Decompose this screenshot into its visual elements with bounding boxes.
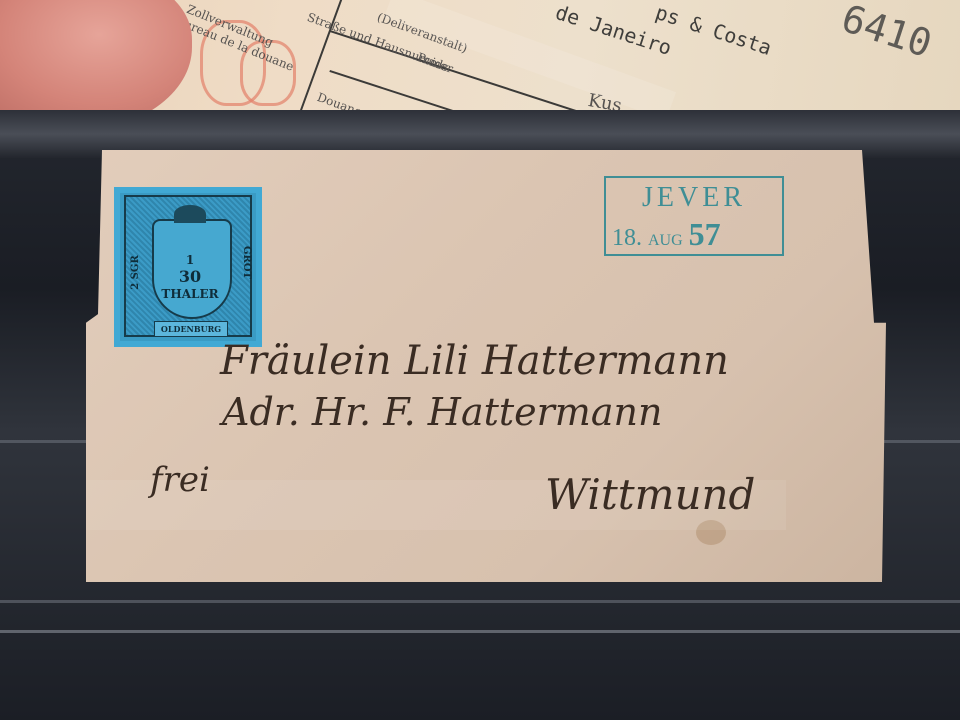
stamp-ribbon: OLDENBURG: [154, 321, 228, 337]
address-line-1: Fräulein Lili Hattermann: [220, 338, 729, 384]
postmark-day: 18.: [612, 225, 642, 251]
typed-number: 6410: [836, 0, 937, 66]
crown-icon: [174, 205, 206, 223]
franking-note: frei: [150, 460, 210, 500]
sleeve-strip: [0, 630, 960, 633]
oldenburg-stamp: 1 30 THALER OLDENBURG 2 SGR GROT: [114, 187, 262, 347]
stamp-frame: 1 30 THALER OLDENBURG 2 SGR GROT: [124, 195, 252, 337]
stamp-left-text: 2 SGR: [130, 255, 141, 290]
sleeve-strip: [0, 600, 960, 603]
address-city: Wittmund: [545, 470, 755, 519]
typed-company: ps & Costa: [653, 0, 775, 60]
stamp-fraction-bottom: 30: [126, 267, 254, 286]
form-label: Poids: [415, 50, 450, 74]
postmark-town: JEVER: [606, 182, 782, 214]
stamp-fraction-top: 1: [126, 253, 254, 267]
stamp-right-text: GROT: [241, 246, 252, 279]
stamp-denomination: THALER: [126, 287, 254, 301]
address-line-2: Adr. Hr. F. Hattermann: [222, 390, 662, 434]
postmark-date: 18. AUG 57: [612, 216, 721, 253]
postmark-month: AUG: [648, 232, 683, 249]
jever-postmark: JEVER 18. AUG 57: [604, 176, 784, 256]
postmark-year: 57: [689, 216, 721, 252]
